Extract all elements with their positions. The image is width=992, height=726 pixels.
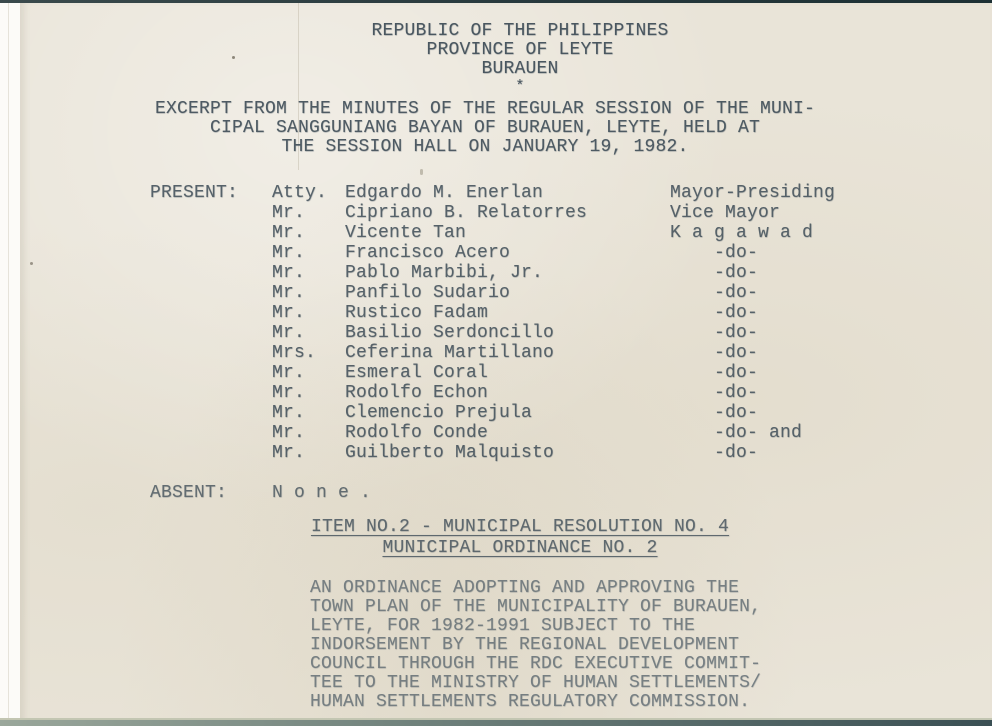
asterisk-mark: * [48, 79, 992, 94]
present-row: Mr. Pablo Marbibi, Jr. -do- [150, 263, 992, 283]
header-republic: REPUBLIC OF THE PHILIPPINES [48, 22, 992, 41]
member-name: Edgardo M. Enerlan [345, 183, 670, 203]
ordinance-paragraph: AN ORDINANCE ADOPTING AND APPROVING THE … [310, 579, 992, 712]
excerpt-line-3: THE SESSION HALL ON JANUARY 19, 1982. [20, 138, 950, 157]
present-list: PRESENT: Atty. Edgardo M. Enerlan Mayor-… [150, 183, 992, 463]
present-row: Mr. Panfilo Sudario -do- [150, 283, 992, 303]
member-title: Mr. [272, 303, 345, 323]
member-role: Vice Mayor [670, 203, 992, 223]
member-role: -do- [670, 443, 992, 463]
present-row: Mr. Vicente Tan K a g a w a d [150, 223, 992, 243]
member-title: Mr. [272, 243, 345, 263]
member-name: Panfilo Sudario [345, 283, 670, 303]
present-label: PRESENT: [150, 183, 272, 203]
absent-value: N o n e . [272, 483, 371, 503]
member-title: Mr. [272, 223, 345, 243]
ordinance-line: HUMAN SETTLEMENTS REGULATORY COMMISSION. [310, 693, 992, 712]
excerpt-line-2: CIPAL SANGGUNIANG BAYAN OF BURAUEN, LEYT… [20, 119, 950, 138]
member-name: Rustico Fadam [345, 303, 670, 323]
member-role: -do- [670, 303, 992, 323]
member-role: -do- and [670, 423, 992, 443]
ordinance-line: TOWN PLAN OF THE MUNICIPALITY OF BURAUEN… [310, 598, 992, 617]
member-role: K a g a w a d [670, 223, 992, 243]
member-title: Mr. [272, 323, 345, 343]
member-role: -do- [670, 343, 992, 363]
member-name: Rodolfo Conde [345, 423, 670, 443]
present-row: Mr. Rodolfo Echon -do- [150, 383, 992, 403]
member-title: Atty. [272, 183, 345, 203]
paper-speck [30, 262, 33, 265]
member-name: Vicente Tan [345, 223, 670, 243]
header-province: PROVINCE OF LEYTE [48, 41, 992, 60]
member-role: -do- [670, 243, 992, 263]
ordinance-line: LEYTE, FOR 1982-1991 SUBJECT TO THE [310, 617, 992, 636]
member-role: -do- [670, 383, 992, 403]
scanner-margin-line [8, 0, 9, 726]
paper-page: REPUBLIC OF THE PHILIPPINES PROVINCE OF … [20, 0, 992, 726]
member-title: Mr. [272, 263, 345, 283]
present-row: Mr. Francisco Acero -do- [150, 243, 992, 263]
member-role: -do- [670, 263, 992, 283]
member-role: -do- [670, 363, 992, 383]
present-row: PRESENT: Atty. Edgardo M. Enerlan Mayor-… [150, 183, 992, 203]
member-name: Cipriano B. Relatorres [345, 203, 670, 223]
absent-line: ABSENT: N o n e . [150, 483, 992, 503]
member-name: Rodolfo Echon [345, 383, 670, 403]
member-name: Francisco Acero [345, 243, 670, 263]
member-title: Mr. [272, 383, 345, 403]
present-row: Mr. Cipriano B. Relatorres Vice Mayor [150, 203, 992, 223]
scan-edge-bottom [0, 718, 992, 726]
item-heading-line-2: MUNICIPAL ORDINANCE NO. 2 [382, 538, 657, 558]
member-title: Mr. [272, 423, 345, 443]
member-role: -do- [670, 403, 992, 423]
document-header: REPUBLIC OF THE PHILIPPINES PROVINCE OF … [20, 22, 992, 94]
scanner-margin [0, 0, 20, 726]
excerpt-title: EXCERPT FROM THE MINUTES OF THE REGULAR … [20, 100, 992, 157]
header-municipality: BURAUEN [48, 60, 992, 79]
member-title: Mrs. [272, 343, 345, 363]
item-heading-line-1: ITEM NO.2 - MUNICIPAL RESOLUTION NO. 4 [311, 517, 729, 537]
member-title: Mr. [272, 403, 345, 423]
present-row: Mr. Clemencio Prejula -do- [150, 403, 992, 423]
scan-edge-top [0, 0, 992, 3]
ordinance-line: INDORSEMENT BY THE REGIONAL DEVELOPMENT [310, 636, 992, 655]
ordinance-line: TEE TO THE MINISTRY OF HUMAN SETTLEMENTS… [310, 674, 992, 693]
paper-speck [420, 169, 423, 175]
member-role: -do- [670, 283, 992, 303]
member-name: Esmeral Coral [345, 363, 670, 383]
ordinance-line: COUNCIL THROUGH THE RDC EXECUTIVE COMMIT… [310, 655, 992, 674]
member-role: Mayor-Presiding [670, 183, 992, 203]
member-name: Guilberto Malquisto [345, 443, 670, 463]
excerpt-line-1: EXCERPT FROM THE MINUTES OF THE REGULAR … [20, 100, 950, 119]
scanned-document: REPUBLIC OF THE PHILIPPINES PROVINCE OF … [0, 0, 992, 726]
member-name: Clemencio Prejula [345, 403, 670, 423]
present-row: Mr. Basilio Serdoncillo -do- [150, 323, 992, 343]
member-title: Mr. [272, 363, 345, 383]
ordinance-line: AN ORDINANCE ADOPTING AND APPROVING THE [310, 579, 992, 598]
present-row: Mrs. Ceferina Martillano -do- [150, 343, 992, 363]
present-row: Mr. Rodolfo Conde -do- and [150, 423, 992, 443]
item-heading: ITEM NO.2 - MUNICIPAL RESOLUTION NO. 4 M… [20, 517, 992, 559]
member-name: Pablo Marbibi, Jr. [345, 263, 670, 283]
absent-label: ABSENT: [150, 483, 272, 503]
member-name: Basilio Serdoncillo [345, 323, 670, 343]
member-role: -do- [670, 323, 992, 343]
present-row: Mr. Esmeral Coral -do- [150, 363, 992, 383]
paper-speck [232, 56, 235, 59]
member-name: Ceferina Martillano [345, 343, 670, 363]
member-title: Mr. [272, 443, 345, 463]
member-title: Mr. [272, 283, 345, 303]
present-row: Mr. Rustico Fadam -do- [150, 303, 992, 323]
present-row: Mr. Guilberto Malquisto -do- [150, 443, 992, 463]
member-title: Mr. [272, 203, 345, 223]
